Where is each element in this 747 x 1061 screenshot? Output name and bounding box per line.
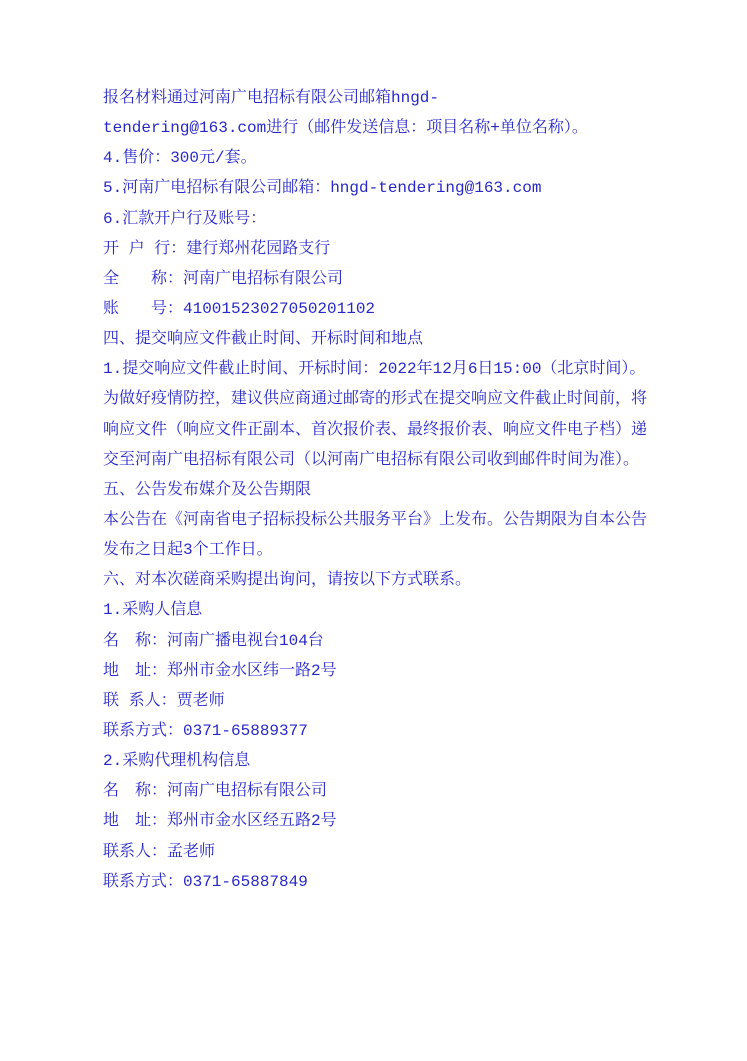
doc-line-purchaser-contact: 联 系人：贾老师 — [103, 686, 707, 716]
doc-line-covid-notice-3: 交至河南广电招标有限公司（以河南广电招标有限公司收到邮件时间为准）。 — [103, 445, 707, 475]
doc-line-account-name: 全 称：河南广电招标有限公司 — [103, 264, 707, 294]
doc-line-remittance-heading: 6.汇款开户行及账号： — [103, 204, 707, 234]
doc-line-registration-email-2: tendering@163.com进行（邮件发送信息：项目名称+单位名称）。 — [103, 113, 707, 143]
doc-line-announcement-platform-1: 本公告在《河南省电子招标投标公共服务平台》上发布。公告期限为自本公告 — [103, 505, 707, 535]
doc-line-agency-contact: 联系人：孟老师 — [103, 837, 707, 867]
doc-line-covid-notice-1: 为做好疫情防控，建议供应商通过邮寄的形式在提交响应文件截止时间前，将 — [103, 384, 707, 414]
doc-line-section5-heading: 五、公告发布媒介及公告期限 — [103, 475, 707, 505]
doc-line-covid-notice-2: 响应文件（响应文件正副本、首次报价表、最终报价表、响应文件电子档）递 — [103, 415, 707, 445]
doc-line-bank-branch: 开 户 行：建行郑州花园路支行 — [103, 234, 707, 264]
doc-line-deadline: 1.提交响应文件截止时间、开标时间：2022年12月6日15:00（北京时间）。 — [103, 354, 707, 384]
doc-line-agency-info-heading: 2.采购代理机构信息 — [103, 746, 707, 776]
doc-line-price: 4.售价：300元/套。 — [103, 143, 707, 173]
doc-line-purchaser-name: 名 称：河南广播电视台104台 — [103, 626, 707, 656]
doc-line-section4-heading: 四、提交响应文件截止时间、开标时间和地点 — [103, 324, 707, 354]
doc-line-purchaser-address: 地 址：郑州市金水区纬一路2号 — [103, 656, 707, 686]
doc-line-company-mailbox: 5.河南广电招标有限公司邮箱：hngd-tendering@163.com — [103, 173, 707, 203]
doc-line-purchaser-phone: 联系方式：0371-65889377 — [103, 716, 707, 746]
doc-line-agency-address: 地 址：郑州市金水区经五路2号 — [103, 806, 707, 836]
doc-line-registration-email-1: 报名材料通过河南广电招标有限公司邮箱hngd- — [103, 83, 707, 113]
doc-line-section6-heading: 六、对本次磋商采购提出询问，请按以下方式联系。 — [103, 565, 707, 595]
doc-line-agency-name: 名 称：河南广电招标有限公司 — [103, 776, 707, 806]
doc-line-account-number: 账 号：41001523027050201102 — [103, 294, 707, 324]
document-page: 报名材料通过河南广电招标有限公司邮箱hngd- tendering@163.co… — [0, 0, 747, 1061]
doc-line-purchaser-info-heading: 1.采购人信息 — [103, 595, 707, 625]
doc-line-agency-phone: 联系方式：0371-65887849 — [103, 867, 707, 897]
doc-line-announcement-platform-2: 发布之日起3个工作日。 — [103, 535, 707, 565]
